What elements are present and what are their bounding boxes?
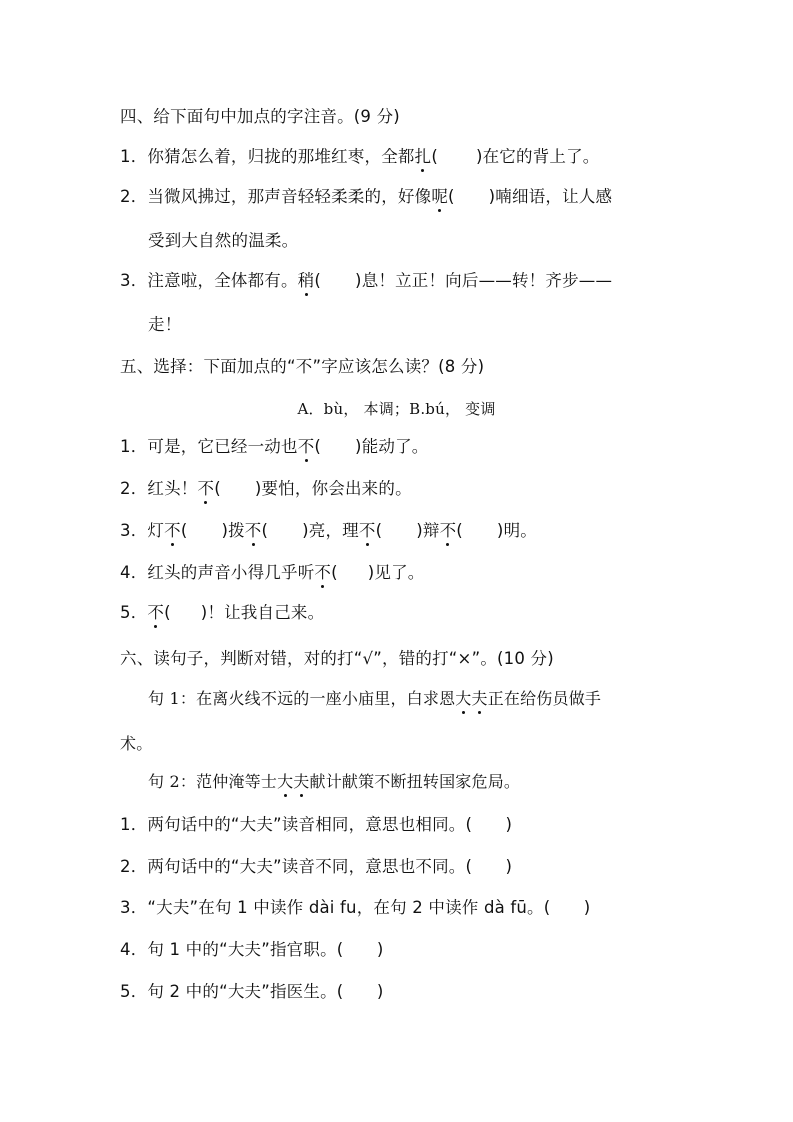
dotted-char: 不 — [314, 562, 331, 584]
dotted-char: 呢 — [431, 186, 448, 208]
s6-sentence-1: 句 1：在离火线不远的一座小庙里，白求恩大夫正在给伤员做手 — [148, 688, 601, 710]
dotted-char: 扎 — [415, 146, 432, 168]
s6-sentence-1-cont: 术。 — [120, 733, 152, 755]
s5-question-2: 2．红头！不()要怕，你会出来的。 — [120, 478, 412, 500]
s5-question-4: 4．红头的声音小得几乎听不()见了。 — [120, 562, 425, 584]
s4-question-1: 1．你猜怎么着，归拢的那堆红枣，全都扎()在它的背上了。 — [120, 146, 600, 168]
s5-options: A．bù， 本调；B.bú， 变调 — [0, 398, 793, 420]
s6-item-3[interactable]: 3．“大夫”在句 1 中读作 dài fu，在句 2 中读作 dà fū。( ) — [120, 897, 590, 919]
dotted-char: 不 — [164, 520, 181, 542]
s6-item-5[interactable]: 5．句 2 中的“大夫”指医生。( ) — [120, 981, 383, 1003]
dotted-char: 大 — [455, 688, 471, 710]
s6-item-1[interactable]: 1．两句话中的“大夫”读音相同，意思也相同。( ) — [120, 814, 512, 836]
section-5-title: 五、选择：下面加点的“不”字应该怎么读？(8 分) — [120, 356, 484, 378]
dotted-char: 不 — [298, 436, 315, 458]
s4-question-3: 3．注意啦，全体都有。稍()息！立正！向后——转！齐步—— — [120, 270, 612, 292]
dotted-char: 大 — [277, 771, 293, 793]
s6-sentence-2: 句 2：范仲淹等士大夫献计献策不断扭转国家危局。 — [148, 771, 520, 793]
s4-question-2: 2．当微风拂过，那声音轻轻柔柔的，好像呢()喃细语，让人感 — [120, 186, 612, 208]
section-6-title: 六、读句子，判断对错，对的打“√”，错的打“×”。(10 分) — [120, 648, 554, 670]
s4-question-2-cont: 受到大自然的温柔。 — [148, 230, 298, 252]
dotted-char: 不 — [198, 478, 215, 500]
s5-question-5: 5．不()！让我自己来。 — [120, 602, 324, 624]
dotted-char: 夫 — [471, 688, 487, 710]
section-4-title: 四、给下面句中加点的字注音。(9 分) — [120, 106, 400, 128]
dotted-char: 不 — [245, 520, 262, 542]
dotted-char: 稍 — [298, 270, 315, 292]
dotted-char: 不 — [440, 520, 457, 542]
s5-question-1: 1．可是，它已经一动也不()能动了。 — [120, 436, 429, 458]
s6-item-2[interactable]: 2．两句话中的“大夫”读音不同，意思也不同。( ) — [120, 856, 512, 878]
s6-item-4[interactable]: 4．句 1 中的“大夫”指官职。( ) — [120, 939, 383, 961]
dotted-char: 不 — [147, 602, 164, 624]
s5-question-3: 3．灯不()拨不()亮，理不()辩不()明。 — [120, 520, 537, 542]
s4-question-3-cont: 走！ — [148, 314, 181, 336]
exam-page: 四、给下面句中加点的字注音。(9 分) 1．你猜怎么着，归拢的那堆红枣，全都扎(… — [0, 0, 793, 1122]
dotted-char: 不 — [359, 520, 376, 542]
dotted-char: 夫 — [293, 771, 309, 793]
